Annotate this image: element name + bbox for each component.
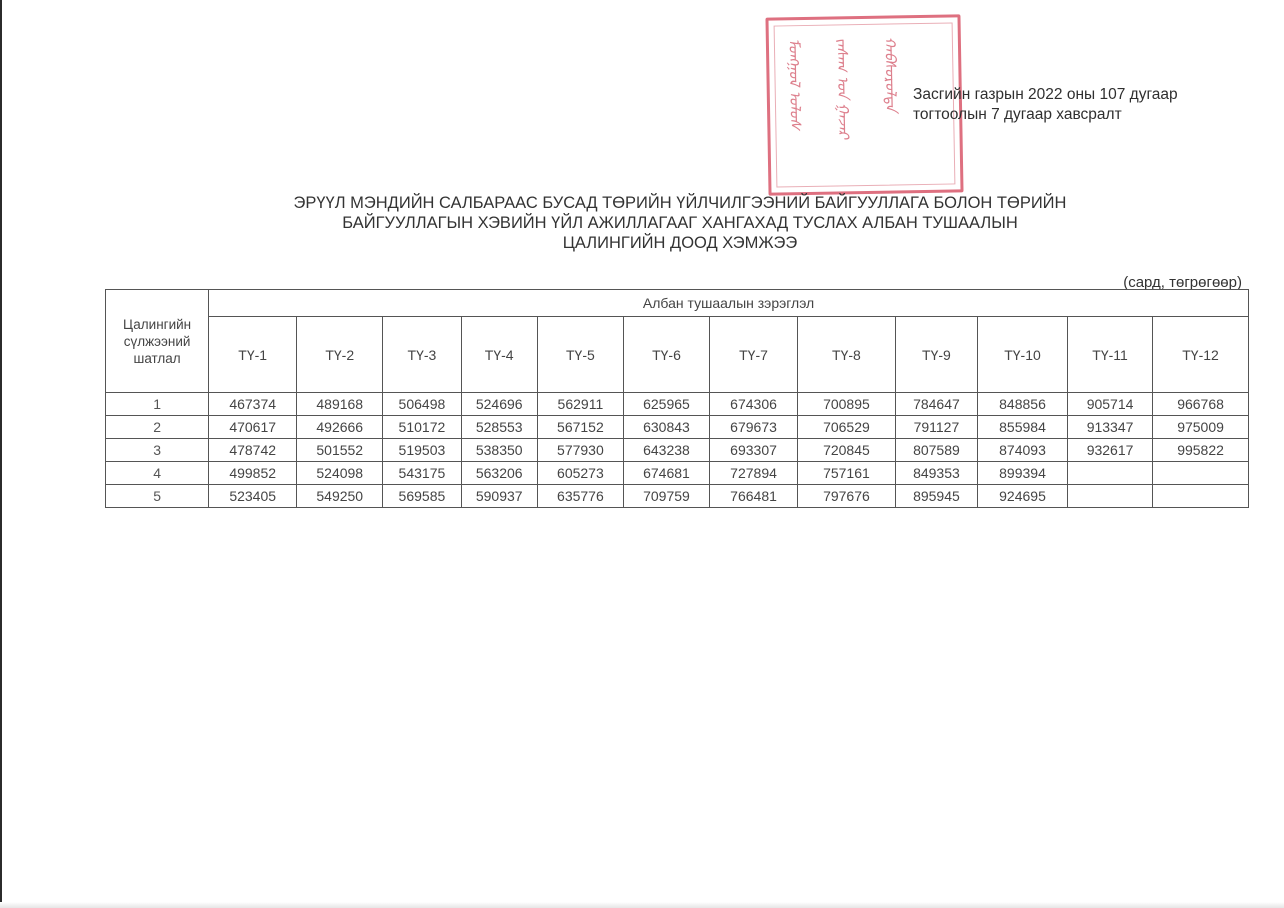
salary-cell: 563206 [461, 462, 537, 485]
grade-column-header: ТҮ-12 [1153, 317, 1249, 393]
grade-header-row: ТҮ-1ТҮ-2ТҮ-3ТҮ-4ТҮ-5ТҮ-6ТҮ-7ТҮ-8ТҮ-9ТҮ-1… [106, 317, 1249, 393]
step-number-cell: 3 [106, 439, 209, 462]
salary-cell: 791127 [895, 416, 977, 439]
salary-cell: 569585 [383, 485, 461, 508]
salary-cell: 506498 [383, 393, 461, 416]
stamp-script-column: ᠬᠠᠪᠰᠤᠷᠤᠯᠲᠠ [887, 36, 905, 176]
salary-cell: 523405 [209, 485, 297, 508]
salary-cell: 524696 [461, 393, 537, 416]
salary-cell: 975009 [1153, 416, 1249, 439]
annex-reference: Засгийн газрын 2022 оны 107 дугаар тогто… [913, 85, 1178, 125]
salary-cell: 674681 [623, 462, 709, 485]
salary-cell: 848856 [978, 393, 1068, 416]
salary-cell: 932617 [1068, 439, 1153, 462]
grade-column-header: ТҮ-3 [383, 317, 461, 393]
page-bottom-edge [0, 902, 1284, 908]
salary-cell: 966768 [1153, 393, 1249, 416]
salary-cell: 913347 [1068, 416, 1153, 439]
salary-cell: 567152 [537, 416, 623, 439]
salary-cell: 849353 [895, 462, 977, 485]
salary-cell: 538350 [461, 439, 537, 462]
table-row: 1467374489168506498524696562911625965674… [106, 393, 1249, 416]
table-row: 5523405549250569585590937635776709759766… [106, 485, 1249, 508]
salary-cell: 797676 [798, 485, 896, 508]
grade-column-header: ТҮ-11 [1068, 317, 1153, 393]
grade-column-header: ТҮ-1 [209, 317, 297, 393]
step-number-cell: 4 [106, 462, 209, 485]
salary-cell: 674306 [710, 393, 798, 416]
step-header-line: шатлал [106, 350, 208, 367]
grade-column-header: ТҮ-8 [798, 317, 896, 393]
salary-cell: 478742 [209, 439, 297, 462]
grade-column-header: ТҮ-7 [710, 317, 798, 393]
salary-cell: 562911 [537, 393, 623, 416]
table-body: 1467374489168506498524696562911625965674… [106, 393, 1249, 508]
salary-cell: 727894 [710, 462, 798, 485]
salary-cell: 590937 [461, 485, 537, 508]
title-line-1: ЭРҮҮЛ МЭНДИЙН САЛБАРААС БУСАД ТӨРИЙН ҮЙЛ… [160, 193, 1200, 213]
salary-cell: 492666 [297, 416, 383, 439]
salary-cell: 524098 [297, 462, 383, 485]
salary-cell: 543175 [383, 462, 461, 485]
salary-cell: 630843 [623, 416, 709, 439]
title-line-2: БАЙГУУЛЛАГЫН ХЭВИЙН ҮЙЛ АЖИЛЛАГААГ ХАНГА… [160, 213, 1200, 233]
grade-column-header: ТҮ-2 [297, 317, 383, 393]
salary-cell: 470617 [209, 416, 297, 439]
salary-cell: 693307 [710, 439, 798, 462]
grade-column-header: ТҮ-10 [978, 317, 1068, 393]
table-row: 4499852524098543175563206605273674681727… [106, 462, 1249, 485]
title-line-3: ЦАЛИНГИЙН ДООД ХЭМЖЭЭ [160, 233, 1200, 253]
salary-cell: 706529 [798, 416, 896, 439]
salary-cell [1153, 462, 1249, 485]
table-row: 3478742501552519503538350577930643238693… [106, 439, 1249, 462]
salary-cell: 519503 [383, 439, 461, 462]
salary-cell: 874093 [978, 439, 1068, 462]
salary-cell: 467374 [209, 393, 297, 416]
salary-cell: 605273 [537, 462, 623, 485]
step-column-header: Цалингийн сүлжээний шатлал [106, 290, 209, 393]
annex-line-2: тогтоолын 7 дугаар хавсралт [913, 105, 1178, 125]
step-header-line: сүлжээний [106, 333, 208, 350]
page-edge [0, 0, 2, 908]
annex-line-1: Засгийн газрын 2022 оны 107 дугаар [913, 85, 1178, 105]
salary-cell: 700895 [798, 393, 896, 416]
salary-cell: 549250 [297, 485, 383, 508]
salary-cell: 635776 [537, 485, 623, 508]
salary-cell: 905714 [1068, 393, 1153, 416]
grade-column-header: ТҮ-4 [461, 317, 537, 393]
salary-cell: 625965 [623, 393, 709, 416]
salary-cell: 510172 [383, 416, 461, 439]
step-number-cell: 1 [106, 393, 209, 416]
table-row: 2470617492666510172528553567152630843679… [106, 416, 1249, 439]
wage-table: Цалингийн сүлжээний шатлал Албан тушаалы… [105, 289, 1249, 508]
position-grade-group-header: Албан тушаалын зэрэглэл [209, 290, 1249, 317]
group-header-row: Цалингийн сүлжээний шатлал Албан тушаалы… [106, 290, 1249, 317]
grade-column-header: ТҮ-5 [537, 317, 623, 393]
step-number-cell: 5 [106, 485, 209, 508]
salary-cell: 757161 [798, 462, 896, 485]
salary-cell: 528553 [461, 416, 537, 439]
salary-cell [1068, 485, 1153, 508]
salary-cell: 720845 [798, 439, 896, 462]
salary-cell [1153, 485, 1249, 508]
step-number-cell: 2 [106, 416, 209, 439]
salary-cell: 855984 [978, 416, 1068, 439]
step-header-line: Цалингийн [106, 316, 208, 333]
salary-cell: 499852 [209, 462, 297, 485]
grade-column-header: ТҮ-6 [623, 317, 709, 393]
salary-cell: 501552 [297, 439, 383, 462]
salary-cell: 766481 [710, 485, 798, 508]
salary-cell: 895945 [895, 485, 977, 508]
grade-column-header: ТҮ-9 [895, 317, 977, 393]
stamp-script-column: ᠵᠠᠰᠠᠭ ᠤᠨ ᠭᠠᠵᠠᠷ [839, 37, 857, 177]
salary-cell: 924695 [978, 485, 1068, 508]
salary-cell: 899394 [978, 462, 1068, 485]
salary-cell: 807589 [895, 439, 977, 462]
document-title: ЭРҮҮЛ МЭНДИЙН САЛБАРААС БУСАД ТӨРИЙН ҮЙЛ… [160, 193, 1200, 253]
salary-cell: 489168 [297, 393, 383, 416]
salary-cell: 577930 [537, 439, 623, 462]
salary-cell: 709759 [623, 485, 709, 508]
stamp-script-column: ᠮᠣᠩᠭᠣᠯ ᠤᠯᠤᠰ [791, 38, 809, 178]
salary-cell: 679673 [710, 416, 798, 439]
salary-cell: 784647 [895, 393, 977, 416]
salary-cell: 643238 [623, 439, 709, 462]
salary-cell [1068, 462, 1153, 485]
salary-cell: 995822 [1153, 439, 1249, 462]
